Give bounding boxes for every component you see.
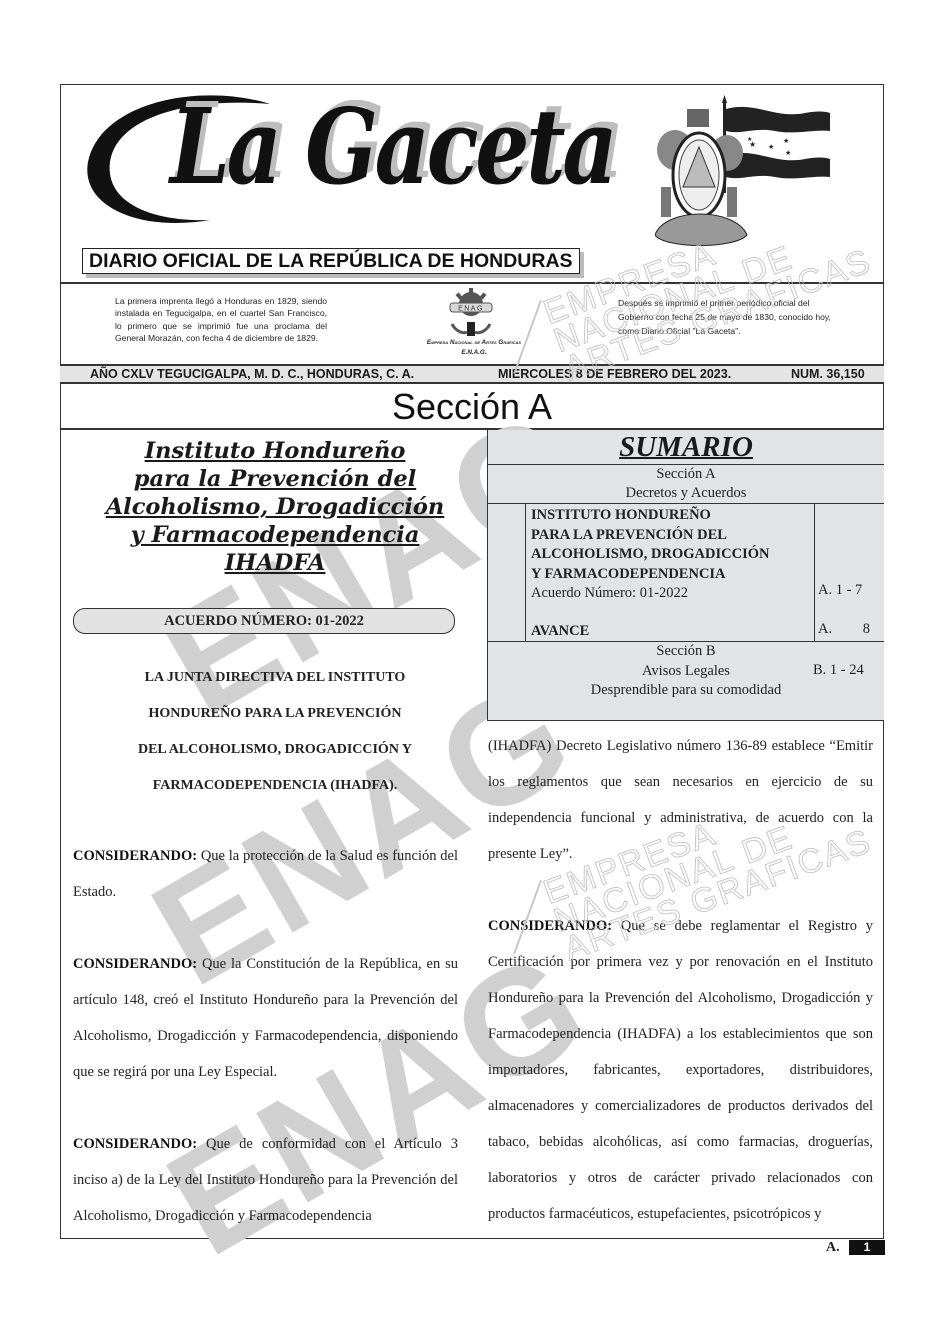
junta-heading-line: DEL ALCOHOLISMO, DROGADICCIÓN Y [70,732,480,768]
considerando-paragraph: CONSIDERANDO: Que de conformidad con el … [73,1126,458,1234]
sumario-avance[interactable]: AVANCE [531,621,589,641]
sumario-entry[interactable]: INSTITUTO HONDUREÑO PARA LA PREVENCIÓN D… [525,504,815,641]
honduras-coat-of-arms-icon: ★ ★ ★ ★ ★ [655,95,835,265]
junta-heading-line: LA JUNTA DIRECTIVA DEL INSTITUTO [70,660,480,696]
acuerdo-number-label: ACUERDO NÚMERO: 01-2022 [73,608,455,634]
sumario-section-a: Sección A Decretos y Acuerdos [488,464,884,504]
svg-text:★: ★ [785,149,791,157]
sumario-section-b-pages: B. 1 - 24 [813,661,864,681]
sumario-section-a-label: Sección A [488,465,884,484]
sumario-entry-title-line: ALCOHOLISMO, DROGADICCIÓN [531,545,814,565]
sumario-entry-subtitle: Acuerdo Número: 01-2022 [531,584,814,604]
paragraph-text: Que se debe reglamentar el Registro y Ce… [488,918,873,1222]
honduras-flag-icon: ★ ★ ★ ★ ★ [726,107,830,178]
sumario-avance-prefix: A. [818,621,832,637]
history-note-right: Después se imprimió el primer periódico … [618,296,838,338]
institution-title-line: y Farmacodependencia [70,521,480,549]
institution-title-line: Alcoholismo, Drogadicción [70,493,480,521]
history-note-left: La primera imprenta llegó a Honduras en … [115,295,327,344]
page-number: 1 [849,1240,885,1255]
sumario-avance-page: 8 [863,620,870,640]
considerando-paragraph: CONSIDERANDO: Que la Constitución de la … [73,946,458,1090]
sumario-section-a-sub: Decretos y Acuerdos [488,484,884,503]
issue-date: MIÉRCOLES 8 DE FEBRERO DEL 2023. [498,367,731,381]
body-paragraph: (IHADFA) Decreto Legislativo número 136-… [488,728,873,872]
junta-heading-line: FARMACODEPENDENCIA (IHADFA). [70,768,480,804]
enag-gear-logo-icon: ENAG [440,288,502,340]
paragraph-lead: CONSIDERANDO: [73,1136,197,1152]
paragraph-lead: CONSIDERANDO: [488,918,612,934]
institution-title: Instituto Hondureño para la Prevención d… [70,437,480,577]
paragraph-text: Que la Constitución de la República, en … [73,956,458,1080]
dateline: AÑO CXLV TEGUCIGALPA, M. D. C., HONDURAS… [60,364,884,384]
considerando-paragraph: CONSIDERANDO: Que la protección de la Sa… [73,838,458,910]
sumario-title: SUMARIO [488,430,884,465]
institution-title-line: para la Prevención del [70,465,480,493]
paragraph-lead: CONSIDERANDO: [73,956,197,972]
sumario-title-text: SUMARIO [619,431,753,463]
issue-year-location: AÑO CXLV TEGUCIGALPA, M. D. C., HONDURAS… [90,367,414,381]
considerando-paragraph: CONSIDERANDO: Que se debe reglamentar el… [488,908,873,1232]
svg-text:★: ★ [783,137,789,145]
sumario-entry-title-line: Y FARMACODEPENDENCIA [531,565,814,585]
paragraph-text: (IHADFA) Decreto Legislativo número 136-… [488,738,873,862]
issue-number: NUM. 36,150 [791,367,865,381]
junta-heading: LA JUNTA DIRECTIVA DEL INSTITUTO HONDURE… [70,660,480,804]
paragraph-lead: CONSIDERANDO: [73,848,197,864]
sumario-entry-pages: A. 1 - 7 [818,581,862,601]
svg-text:ENAG: ENAG [458,306,484,313]
svg-text:★: ★ [768,143,774,151]
newspaper-subtitle: DIARIO OFICIAL DE LA REPÚBLICA DE HONDUR… [82,248,580,274]
institution-title-line: Instituto Hondureño [70,437,480,465]
junta-heading-line: HONDUREÑO PARA LA PREVENCIÓN [70,696,480,732]
institution-title-line: IHADFA [70,549,480,577]
sumario-section-b-label: Sección B [488,642,884,662]
section-title: Sección A [60,384,884,430]
sumario-entry-title-line: INSTITUTO HONDUREÑO [531,506,814,526]
sumario-avance-pages: A.8 [818,620,870,640]
sumario-section-b-note: Desprendible para su comodidad [488,681,884,701]
newspaper-logo: La Gaceta [170,95,614,199]
sumario-box: SUMARIO Sección A Decretos y Acuerdos IN… [487,430,884,721]
svg-text:★: ★ [747,136,752,143]
sumario-entry-title-line: PARA LA PREVENCIÓN DEL [531,526,814,546]
